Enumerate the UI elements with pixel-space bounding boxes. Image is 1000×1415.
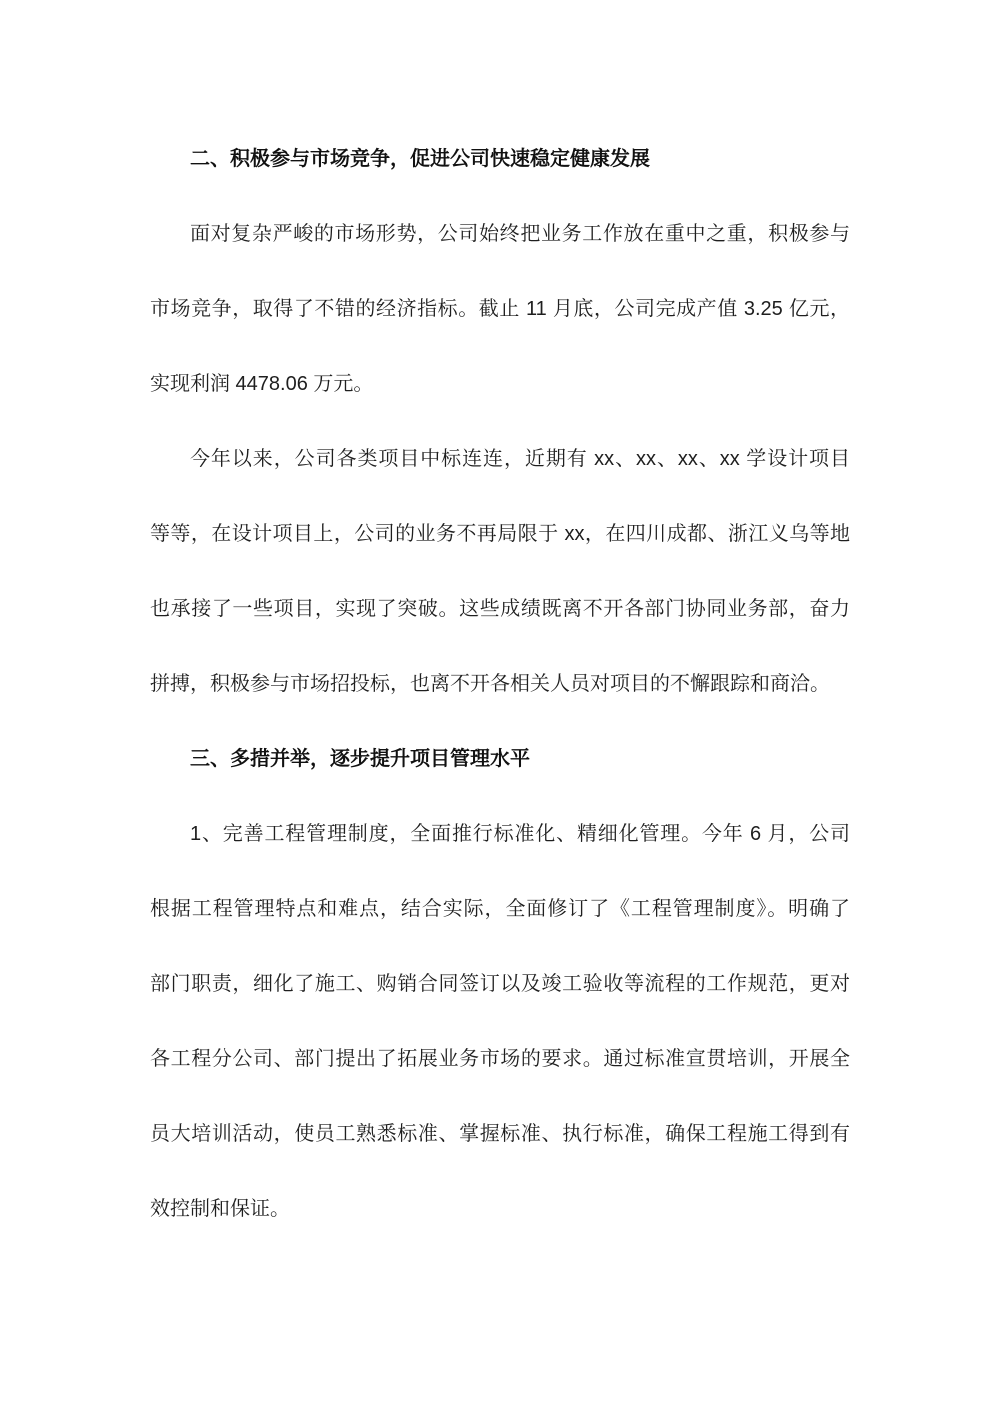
paragraph-line: 也承接了一些项目，实现了突破。这些成绩既离不开各部门协同业务部，奋力 [150, 572, 850, 647]
document-page: 二、积极参与市场竞争，促进公司快速稳定健康发展面对复杂严峻的市场形势，公司始终把… [0, 0, 1000, 1415]
paragraph: 面对复杂严峻的市场形势，公司始终把业务工作放在重中之重，积极参与市场竞争，取得了… [150, 197, 850, 422]
paragraph-line: 拼搏，积极参与市场招投标，也离不开各相关人员对项目的不懈跟踪和商洽。 [150, 647, 850, 722]
heading-text: 三、多措并举，逐步提升项目管理水平 [150, 722, 850, 797]
section-heading: 三、多措并举，逐步提升项目管理水平 [150, 722, 850, 797]
paragraph-line: 等等，在设计项目上，公司的业务不再局限于 xx，在四川成都、浙江义乌等地 [150, 497, 850, 572]
paragraph-line: 员大培训活动，使员工熟悉标准、掌握标准、执行标准，确保工程施工得到有 [150, 1097, 850, 1172]
section-heading: 二、积极参与市场竞争，促进公司快速稳定健康发展 [150, 122, 850, 197]
heading-text: 二、积极参与市场竞争，促进公司快速稳定健康发展 [150, 122, 850, 197]
paragraph-line: 部门职责，细化了施工、购销合同签订以及竣工验收等流程的工作规范，更对 [150, 947, 850, 1022]
paragraph-line: 面对复杂严峻的市场形势，公司始终把业务工作放在重中之重，积极参与 [150, 197, 850, 272]
paragraph-line: 市场竞争，取得了不错的经济指标。截止 11 月底，公司完成产值 3.25 亿元， [150, 272, 850, 347]
paragraph-line: 今年以来，公司各类项目中标连连，近期有 xx、xx、xx、xx 学设计项目 [150, 422, 850, 497]
paragraph-line: 效控制和保证。 [150, 1172, 850, 1247]
paragraph: 1、完善工程管理制度，全面推行标准化、精细化管理。今年 6 月，公司根据工程管理… [150, 797, 850, 1247]
paragraph-line: 实现利润 4478.06 万元。 [150, 347, 850, 422]
paragraph-line: 1、完善工程管理制度，全面推行标准化、精细化管理。今年 6 月，公司 [150, 797, 850, 872]
paragraph-line: 根据工程管理特点和难点，结合实际，全面修订了《工程管理制度》。明确了 [150, 872, 850, 947]
paragraph-line: 各工程分公司、部门提出了拓展业务市场的要求。通过标准宣贯培训，开展全 [150, 1022, 850, 1097]
document-content: 二、积极参与市场竞争，促进公司快速稳定健康发展面对复杂严峻的市场形势，公司始终把… [150, 122, 850, 1247]
paragraph: 今年以来，公司各类项目中标连连，近期有 xx、xx、xx、xx 学设计项目等等，… [150, 422, 850, 722]
